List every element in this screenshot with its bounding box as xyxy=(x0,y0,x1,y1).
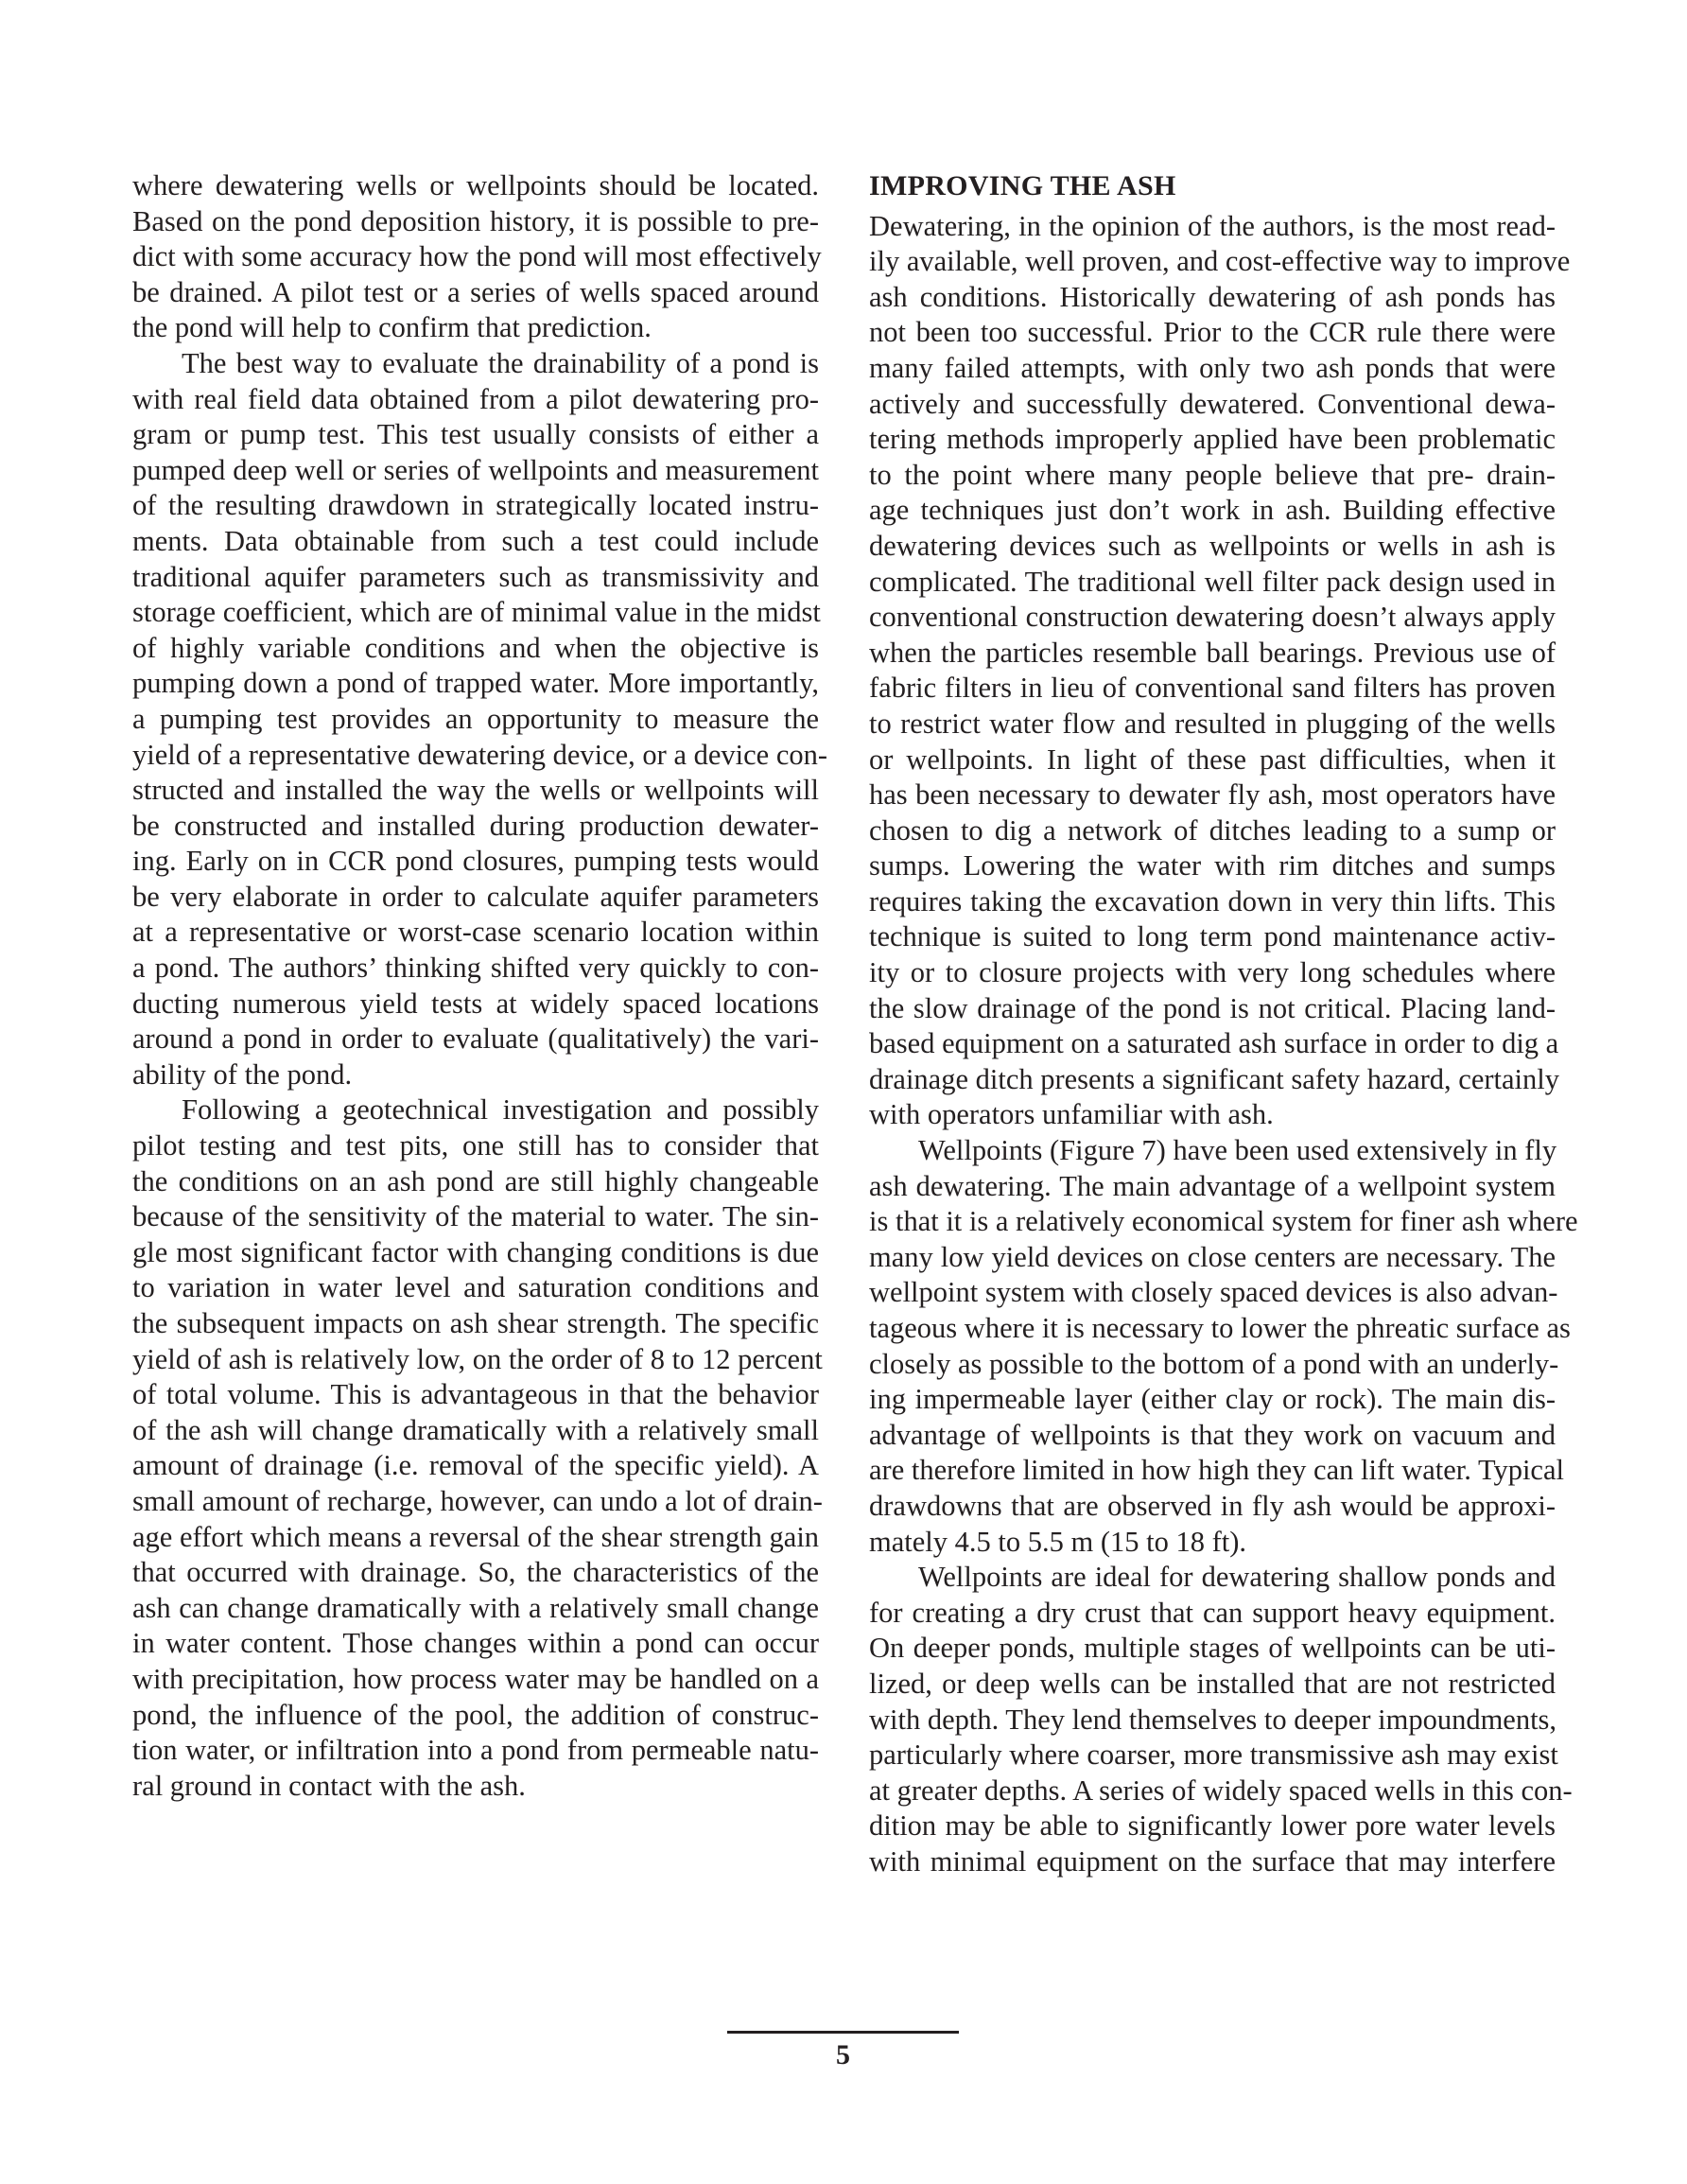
page-number: 5 xyxy=(727,2038,959,2072)
text-line: storage coefficient, which are of minima… xyxy=(132,595,819,631)
text-line: to variation in water level and saturati… xyxy=(132,1270,819,1306)
text-line: pumping down a pond of trapped water. Mo… xyxy=(132,666,819,702)
text-line: dition may be able to significantly lowe… xyxy=(869,1808,1556,1844)
text-line: a pumping test provides an opportunity t… xyxy=(132,702,819,738)
text-line: many failed attempts, with only two ash … xyxy=(869,351,1556,387)
text-line: at greater depths. A series of widely sp… xyxy=(869,1773,1556,1809)
paragraph: Following a geotechnical investigation a… xyxy=(132,1092,819,1804)
text-line: yield of a representative dewatering dev… xyxy=(132,738,819,774)
text-line: requires taking the excavation down in v… xyxy=(869,884,1556,920)
text-line: ash dewatering. The main advantage of a … xyxy=(869,1169,1556,1205)
text-line: ability of the pond. xyxy=(132,1057,819,1093)
text-line: age effort which means a reversal of the… xyxy=(132,1520,819,1556)
text-line: be constructed and installed during prod… xyxy=(132,809,819,845)
document-page: where dewatering wells or wellpoints sho… xyxy=(0,0,1687,2184)
text-line: ments. Data obtainable from such a test … xyxy=(132,524,819,560)
text-line: when the particles resemble ball bearing… xyxy=(869,636,1556,672)
text-line: On deeper ponds, multiple stages of well… xyxy=(869,1631,1556,1667)
text-line: with operators unfamiliar with ash. xyxy=(869,1097,1556,1133)
text-line: advantage of wellpoints is that they wor… xyxy=(869,1418,1556,1454)
text-line: ral ground in contact with the ash. xyxy=(132,1769,819,1805)
text-line: Based on the pond deposition history, it… xyxy=(132,204,819,240)
text-line: the subsequent impacts on ash shear stre… xyxy=(132,1306,819,1342)
text-line: of total volume. This is advantageous in… xyxy=(132,1377,819,1413)
text-line: chosen to dig a network of ditches leadi… xyxy=(869,813,1556,849)
text-line: for creating a dry crust that can suppor… xyxy=(869,1596,1556,1632)
text-line: Dewatering, in the opinion of the author… xyxy=(869,209,1556,245)
text-line: ing impermeable layer (either clay or ro… xyxy=(869,1382,1556,1418)
left-column: where dewatering wells or wellpoints sho… xyxy=(132,168,819,1804)
text-line: Wellpoints are ideal for dewatering shal… xyxy=(869,1560,1556,1596)
text-line: is that it is a relatively economical sy… xyxy=(869,1204,1556,1240)
text-line: structed and installed the way the wells… xyxy=(132,773,819,809)
text-line: with precipitation, how process water ma… xyxy=(132,1662,819,1698)
text-line: at a representative or worst-case scenar… xyxy=(132,915,819,951)
text-line: yield of ash is relatively low, on the o… xyxy=(132,1342,819,1378)
text-line: small amount of recharge, however, can u… xyxy=(132,1484,819,1520)
paragraph: where dewatering wells or wellpoints sho… xyxy=(132,168,819,346)
right-column-body: Dewatering, in the opinion of the author… xyxy=(869,209,1556,1880)
text-line: drawdowns that are observed in fly ash w… xyxy=(869,1489,1556,1525)
text-line: lized, or deep wells can be installed th… xyxy=(869,1667,1556,1703)
text-line: tering methods improperly applied have b… xyxy=(869,422,1556,458)
text-line: tion water, or infiltration into a pond … xyxy=(132,1733,819,1769)
text-line: gram or pump test. This test usually con… xyxy=(132,417,819,453)
section-heading: IMPROVING THE ASH xyxy=(869,168,1556,204)
text-line: dict with some accuracy how the pond wil… xyxy=(132,239,819,275)
text-line: where dewatering wells or wellpoints sho… xyxy=(132,168,819,204)
text-line: a pond. The authors’ thinking shifted ve… xyxy=(132,951,819,987)
text-line: because of the sensitivity of the materi… xyxy=(132,1199,819,1235)
text-line: amount of drainage (i.e. removal of the … xyxy=(132,1448,819,1484)
text-line: around a pond in order to evaluate (qual… xyxy=(132,1022,819,1057)
text-line: ity or to closure projects with very lon… xyxy=(869,955,1556,991)
text-line: complicated. The traditional well filter… xyxy=(869,565,1556,601)
paragraph: Dewatering, in the opinion of the author… xyxy=(869,209,1556,1133)
paragraph: Wellpoints are ideal for dewatering shal… xyxy=(869,1560,1556,1879)
text-line: Following a geotechnical investigation a… xyxy=(132,1092,819,1128)
text-line: to restrict water flow and resulted in p… xyxy=(869,707,1556,743)
text-line: fabric filters in lieu of conventional s… xyxy=(869,671,1556,707)
text-line: based equipment on a saturated ash surfa… xyxy=(869,1026,1556,1062)
text-line: actively and successfully dewatered. Con… xyxy=(869,387,1556,423)
text-line: particularly where coarser, more transmi… xyxy=(869,1738,1556,1773)
text-line: that occurred with drainage. So, the cha… xyxy=(132,1555,819,1591)
text-line: ash can change dramatically with a relat… xyxy=(132,1591,819,1627)
text-line: pond, the influence of the pool, the add… xyxy=(132,1698,819,1734)
text-line: with depth. They lend themselves to deep… xyxy=(869,1703,1556,1738)
text-line: sumps. Lowering the water with rim ditch… xyxy=(869,848,1556,884)
text-line: pumped deep well or series of wellpoints… xyxy=(132,453,819,489)
text-line: the slow drainage of the pond is not cri… xyxy=(869,991,1556,1027)
text-line: with minimal equipment on the surface th… xyxy=(869,1844,1556,1880)
text-line: many low yield devices on close centers … xyxy=(869,1240,1556,1276)
text-line: be very elaborate in order to calculate … xyxy=(132,880,819,916)
text-line: not been too successful. Prior to the CC… xyxy=(869,315,1556,351)
text-line: ash conditions. Historically dewatering … xyxy=(869,280,1556,316)
paragraph: The best way to evaluate the drainabilit… xyxy=(132,346,819,1092)
text-line: wellpoint system with closely spaced dev… xyxy=(869,1275,1556,1311)
text-line: mately 4.5 to 5.5 m (15 to 18 ft). xyxy=(869,1525,1556,1561)
text-line: Wellpoints (Figure 7) have been used ext… xyxy=(869,1133,1556,1169)
text-line: in water content. Those changes within a… xyxy=(132,1626,819,1662)
text-line: has been necessary to dewater fly ash, m… xyxy=(869,778,1556,813)
text-line: the pond will help to confirm that predi… xyxy=(132,310,819,346)
right-column: IMPROVING THE ASH Dewatering, in the opi… xyxy=(869,168,1556,1880)
text-line: closely as possible to the bottom of a p… xyxy=(869,1347,1556,1383)
footer-rule xyxy=(727,2031,959,2034)
text-line: be drained. A pilot test or a series of … xyxy=(132,275,819,311)
text-line: tageous where it is necessary to lower t… xyxy=(869,1311,1556,1347)
text-line: or wellpoints. In light of these past di… xyxy=(869,743,1556,778)
text-line: gle most significant factor with changin… xyxy=(132,1235,819,1271)
text-line: are therefore limited in how high they c… xyxy=(869,1453,1556,1489)
text-line: of highly variable conditions and when t… xyxy=(132,631,819,667)
text-line: age techniques just don’t work in ash. B… xyxy=(869,493,1556,529)
text-line: technique is suited to long term pond ma… xyxy=(869,919,1556,955)
text-line: drainage ditch presents a significant sa… xyxy=(869,1062,1556,1098)
text-line: dewatering devices such as wellpoints or… xyxy=(869,529,1556,565)
text-line: ing. Early on in CCR pond closures, pump… xyxy=(132,844,819,880)
text-line: the conditions on an ash pond are still … xyxy=(132,1164,819,1200)
paragraph: Wellpoints (Figure 7) have been used ext… xyxy=(869,1133,1556,1560)
text-line: traditional aquifer parameters such as t… xyxy=(132,560,819,596)
text-line: ducting numerous yield tests at widely s… xyxy=(132,987,819,1022)
text-line: of the resulting drawdown in strategical… xyxy=(132,488,819,524)
text-line: of the ash will change dramatically with… xyxy=(132,1413,819,1449)
text-line: pilot testing and test pits, one still h… xyxy=(132,1128,819,1164)
text-line: conventional construction dewatering doe… xyxy=(869,600,1556,636)
text-line: The best way to evaluate the drainabilit… xyxy=(132,346,819,382)
text-line: to the point where many people believe t… xyxy=(869,458,1556,494)
text-line: ily available, well proven, and cost-eff… xyxy=(869,244,1556,280)
text-line: with real field data obtained from a pil… xyxy=(132,382,819,418)
